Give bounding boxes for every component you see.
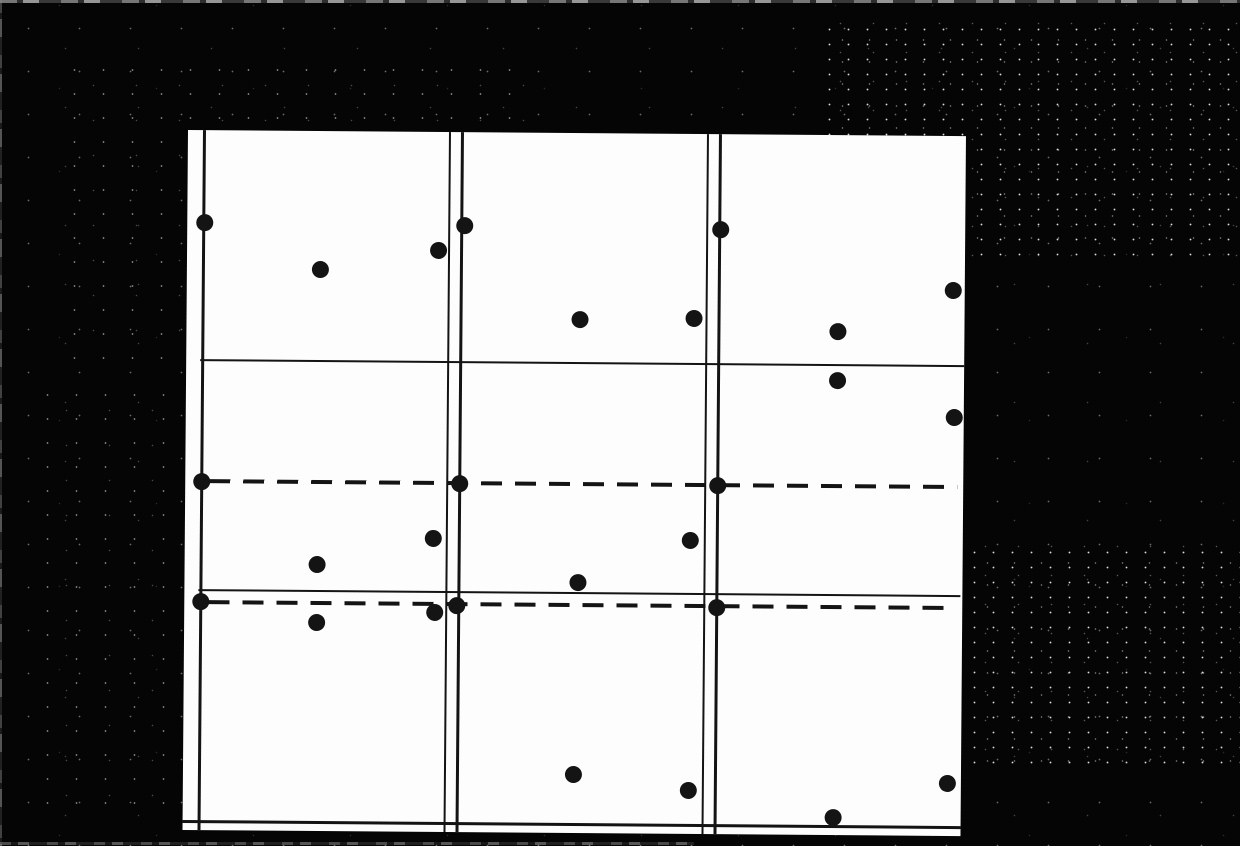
data-point-dot (564, 765, 581, 782)
scanned-figure-background (0, 0, 1240, 846)
data-point-dot (709, 477, 726, 494)
data-point-dot (679, 781, 696, 798)
figure-panel (183, 130, 966, 836)
data-point-dot (685, 309, 702, 326)
data-point-dot (712, 221, 729, 238)
grid-hline-solid (183, 819, 961, 828)
grid-hline-dashed (208, 600, 952, 610)
data-point-dot (424, 529, 441, 546)
data-point-dot (192, 593, 209, 610)
scan-edge-artifact-left (0, 0, 2, 846)
data-point-dot (308, 613, 325, 630)
data-point-dot (569, 574, 586, 591)
scan-edge-artifact-top (0, 0, 1240, 3)
data-point-dot (451, 475, 468, 492)
scan-noise-patch (965, 545, 1240, 770)
data-point-dot (456, 217, 473, 234)
data-point-dot (944, 281, 961, 298)
data-point-dot (426, 603, 443, 620)
data-point-dot (308, 555, 325, 572)
data-point-dot (311, 260, 328, 277)
data-point-dot (708, 599, 725, 616)
data-point-dot (571, 311, 588, 328)
data-point-dot (824, 809, 841, 826)
data-point-dot (681, 531, 698, 548)
scan-edge-artifact-bottom (0, 842, 694, 845)
scan-noise-patch (28, 380, 190, 825)
data-point-dot (938, 774, 955, 791)
grid-hline-dashed (209, 479, 957, 489)
data-point-dot (193, 473, 210, 490)
data-point-dot (945, 408, 962, 425)
data-point-dot (196, 214, 213, 231)
grid-hline-solid (200, 359, 964, 367)
data-point-dot (828, 372, 845, 389)
data-point-dot (429, 241, 446, 258)
data-point-dot (829, 323, 846, 340)
data-point-dot (448, 597, 465, 614)
